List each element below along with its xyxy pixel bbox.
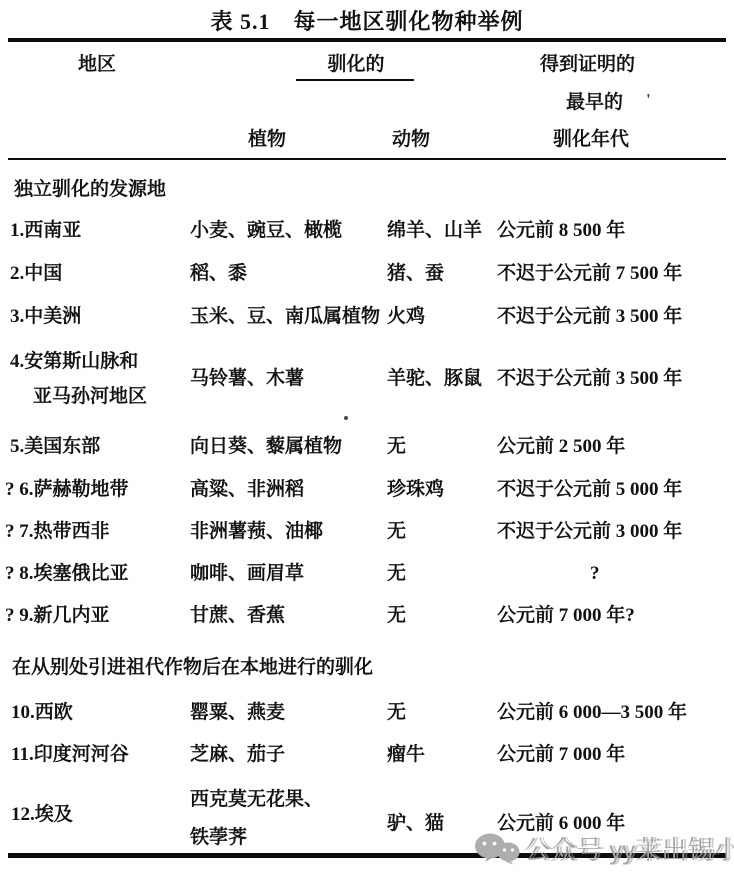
date-cell: 公元前 8 500 年 — [497, 221, 625, 241]
plants-cell: 罂粟、燕麦 — [190, 703, 285, 723]
plants-cell-line2: 铁荸荠 — [190, 828, 247, 848]
top-rule — [8, 38, 726, 42]
region-cell-line2: 亚马孙河地区 — [33, 387, 147, 407]
animals-cell: 珍珠鸡 — [387, 480, 444, 500]
header-date-line1: 得到证明的 — [540, 55, 635, 75]
animals-cell: 无 — [387, 606, 406, 626]
date-cell: 公元前 6 000—3 500 年 — [497, 703, 687, 723]
region-cell-line1: 4.安第斯山脉和 — [10, 352, 138, 372]
animals-cell: 绵羊、山羊 — [387, 221, 482, 241]
region-cell: ? 7.热带西非 — [5, 522, 110, 542]
section-header-founder: 在从别处引进祖代作物后在本地进行的驯化 — [12, 658, 373, 678]
header-animals: 动物 — [392, 130, 430, 150]
watermark: 公众号 yy莱出锡小妞 — [474, 829, 734, 867]
region-cell: 12.埃及 — [11, 805, 73, 825]
header-plants: 植物 — [248, 130, 286, 150]
plants-cell-line1: 西克莫无花果、 — [190, 790, 323, 810]
plants-cell: 芝麻、茄子 — [190, 745, 285, 765]
plants-cell: 咖啡、画眉草 — [190, 564, 304, 584]
animals-cell: 瘤牛 — [387, 745, 425, 765]
animals-cell: 无 — [387, 522, 406, 542]
region-cell: 5.美国东部 — [10, 437, 100, 457]
header-date-line3: 驯化年代 — [553, 130, 629, 150]
animals-cell: 无 — [387, 703, 406, 723]
date-cell: 公元前 7 000 年? — [497, 606, 635, 626]
region-cell: ? 8.埃塞俄比亚 — [5, 564, 129, 584]
scan-tick-artifact: ' — [646, 90, 651, 110]
section-header-independent: 独立驯化的发源地 — [14, 180, 166, 200]
header-rule — [8, 158, 726, 160]
animals-cell: 驴、猫 — [387, 814, 444, 834]
region-cell: ? 6.萨赫勒地带 — [5, 480, 129, 500]
region-cell: 3.中美洲 — [10, 307, 81, 327]
table-title: 表 5.1 每一地区驯化物种举例 — [0, 5, 734, 36]
date-cell: 不迟于公元前 3 500 年 — [497, 369, 682, 389]
region-cell: 10.西欧 — [11, 703, 73, 723]
scan-dot-artifact — [344, 416, 348, 420]
date-cell: 不迟于公元前 7 500 年 — [497, 264, 682, 284]
date-cell: 不迟于公元前 3 500 年 — [497, 307, 682, 327]
animals-cell: 猪、蚕 — [387, 264, 444, 284]
domesticated-underline — [296, 79, 414, 81]
region-cell: 1.西南亚 — [10, 221, 81, 241]
date-cell: 不迟于公元前 3 000 年 — [497, 522, 682, 542]
scanned-book-table-page: 表 5.1 每一地区驯化物种举例 地区 驯化的 得到证明的 最早的 ' 植物 动… — [0, 0, 734, 876]
header-date-line2: 最早的 — [566, 93, 623, 113]
animals-cell: 火鸡 — [387, 307, 425, 327]
animals-cell: 无 — [387, 564, 406, 584]
header-domesticated: 驯化的 — [298, 55, 414, 75]
plants-cell: 向日葵、藜属植物 — [190, 437, 342, 457]
date-cell: ? — [590, 564, 600, 584]
header-region: 地区 — [78, 55, 116, 75]
plants-cell: 甘蔗、香蕉 — [190, 606, 285, 626]
region-cell: ? 9.新几内亚 — [5, 606, 110, 626]
watermark-label: 公众号 yy莱出锡小妞 — [524, 830, 734, 867]
plants-cell: 高粱、非洲稻 — [190, 480, 304, 500]
region-cell: 2.中国 — [10, 264, 62, 284]
date-cell: 公元前 7 000 年 — [497, 745, 625, 765]
plants-cell: 小麦、豌豆、橄榄 — [190, 221, 342, 241]
plants-cell: 稻、黍 — [190, 264, 247, 284]
plants-cell: 非洲薯蓣、油椰 — [190, 522, 323, 542]
date-cell: 公元前 2 500 年 — [497, 437, 625, 457]
region-cell: 11.印度河河谷 — [11, 745, 129, 765]
date-cell: 不迟于公元前 5 000 年 — [497, 480, 682, 500]
plants-cell: 玉米、豆、南瓜属植物 — [190, 307, 380, 327]
animals-cell: 羊驼、豚鼠 — [387, 369, 482, 389]
animals-cell: 无 — [387, 437, 406, 457]
wechat-icon — [474, 833, 520, 870]
plants-cell: 马铃薯、木薯 — [190, 369, 304, 389]
